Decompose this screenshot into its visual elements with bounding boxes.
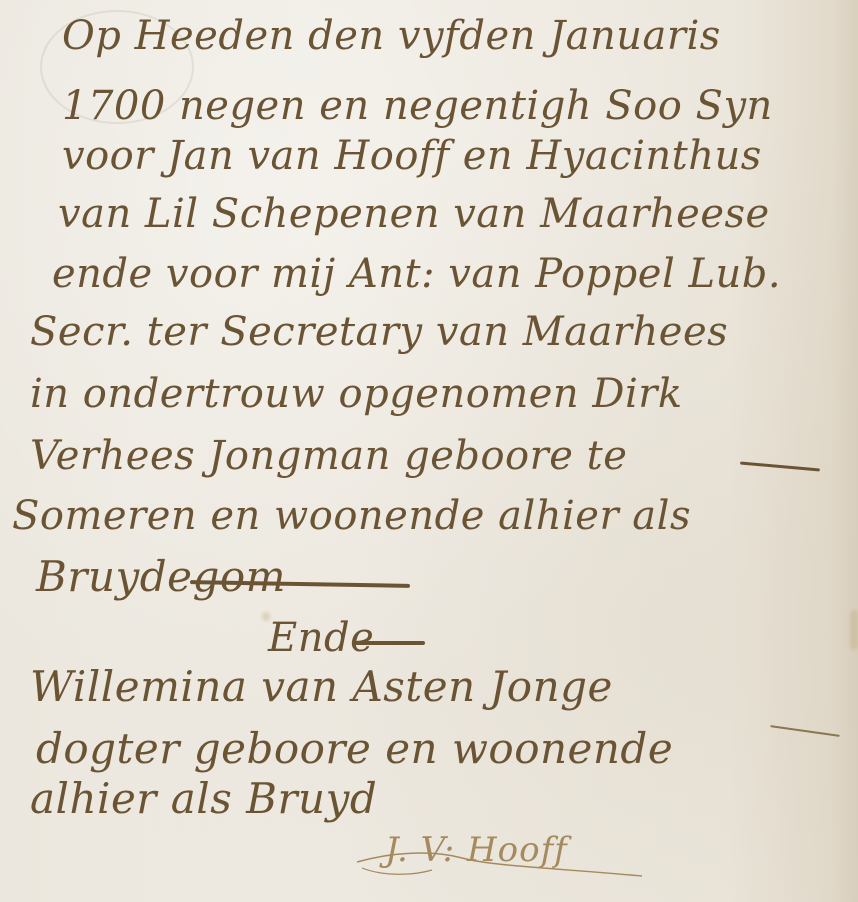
manuscript-line-1: Op Heeden den vyfden Januaris (62, 16, 721, 56)
manuscript-page: Op Heeden den vyfden Januaris 1700 negen… (0, 0, 858, 902)
manuscript-line-2: 1700 negen en negentigh Soo Syn (62, 86, 773, 126)
signature: J. V: Hooff (385, 830, 568, 870)
manuscript-line-13: dogter geboore en woonende (36, 728, 673, 770)
manuscript-line-9: Someren en woonende alhier als (12, 496, 691, 536)
manuscript-line-12: Willemina van Asten Jonge (30, 666, 613, 708)
manuscript-line-7: in ondertrouw opgenomen Dirk (30, 374, 683, 414)
pen-flourish (770, 725, 840, 737)
pen-flourish (355, 641, 425, 645)
manuscript-line-8: Verhees Jongman geboore te (30, 436, 627, 476)
manuscript-line-10: Bruydegom (36, 556, 286, 598)
manuscript-line-14: alhier als Bruyd (30, 778, 377, 820)
manuscript-line-5: ende voor mij Ant: van Poppel Lub. (52, 254, 781, 294)
manuscript-line-3: voor Jan van Hooff en Hyacinthus (62, 136, 762, 176)
pen-flourish (740, 462, 820, 472)
manuscript-line-6: Secr. ter Secretary van Maarhees (30, 312, 728, 352)
manuscript-line-11: Ende (268, 618, 374, 658)
paper-stain (850, 610, 858, 650)
manuscript-line-4: van Lil Schepenen van Maarheese (58, 194, 770, 234)
